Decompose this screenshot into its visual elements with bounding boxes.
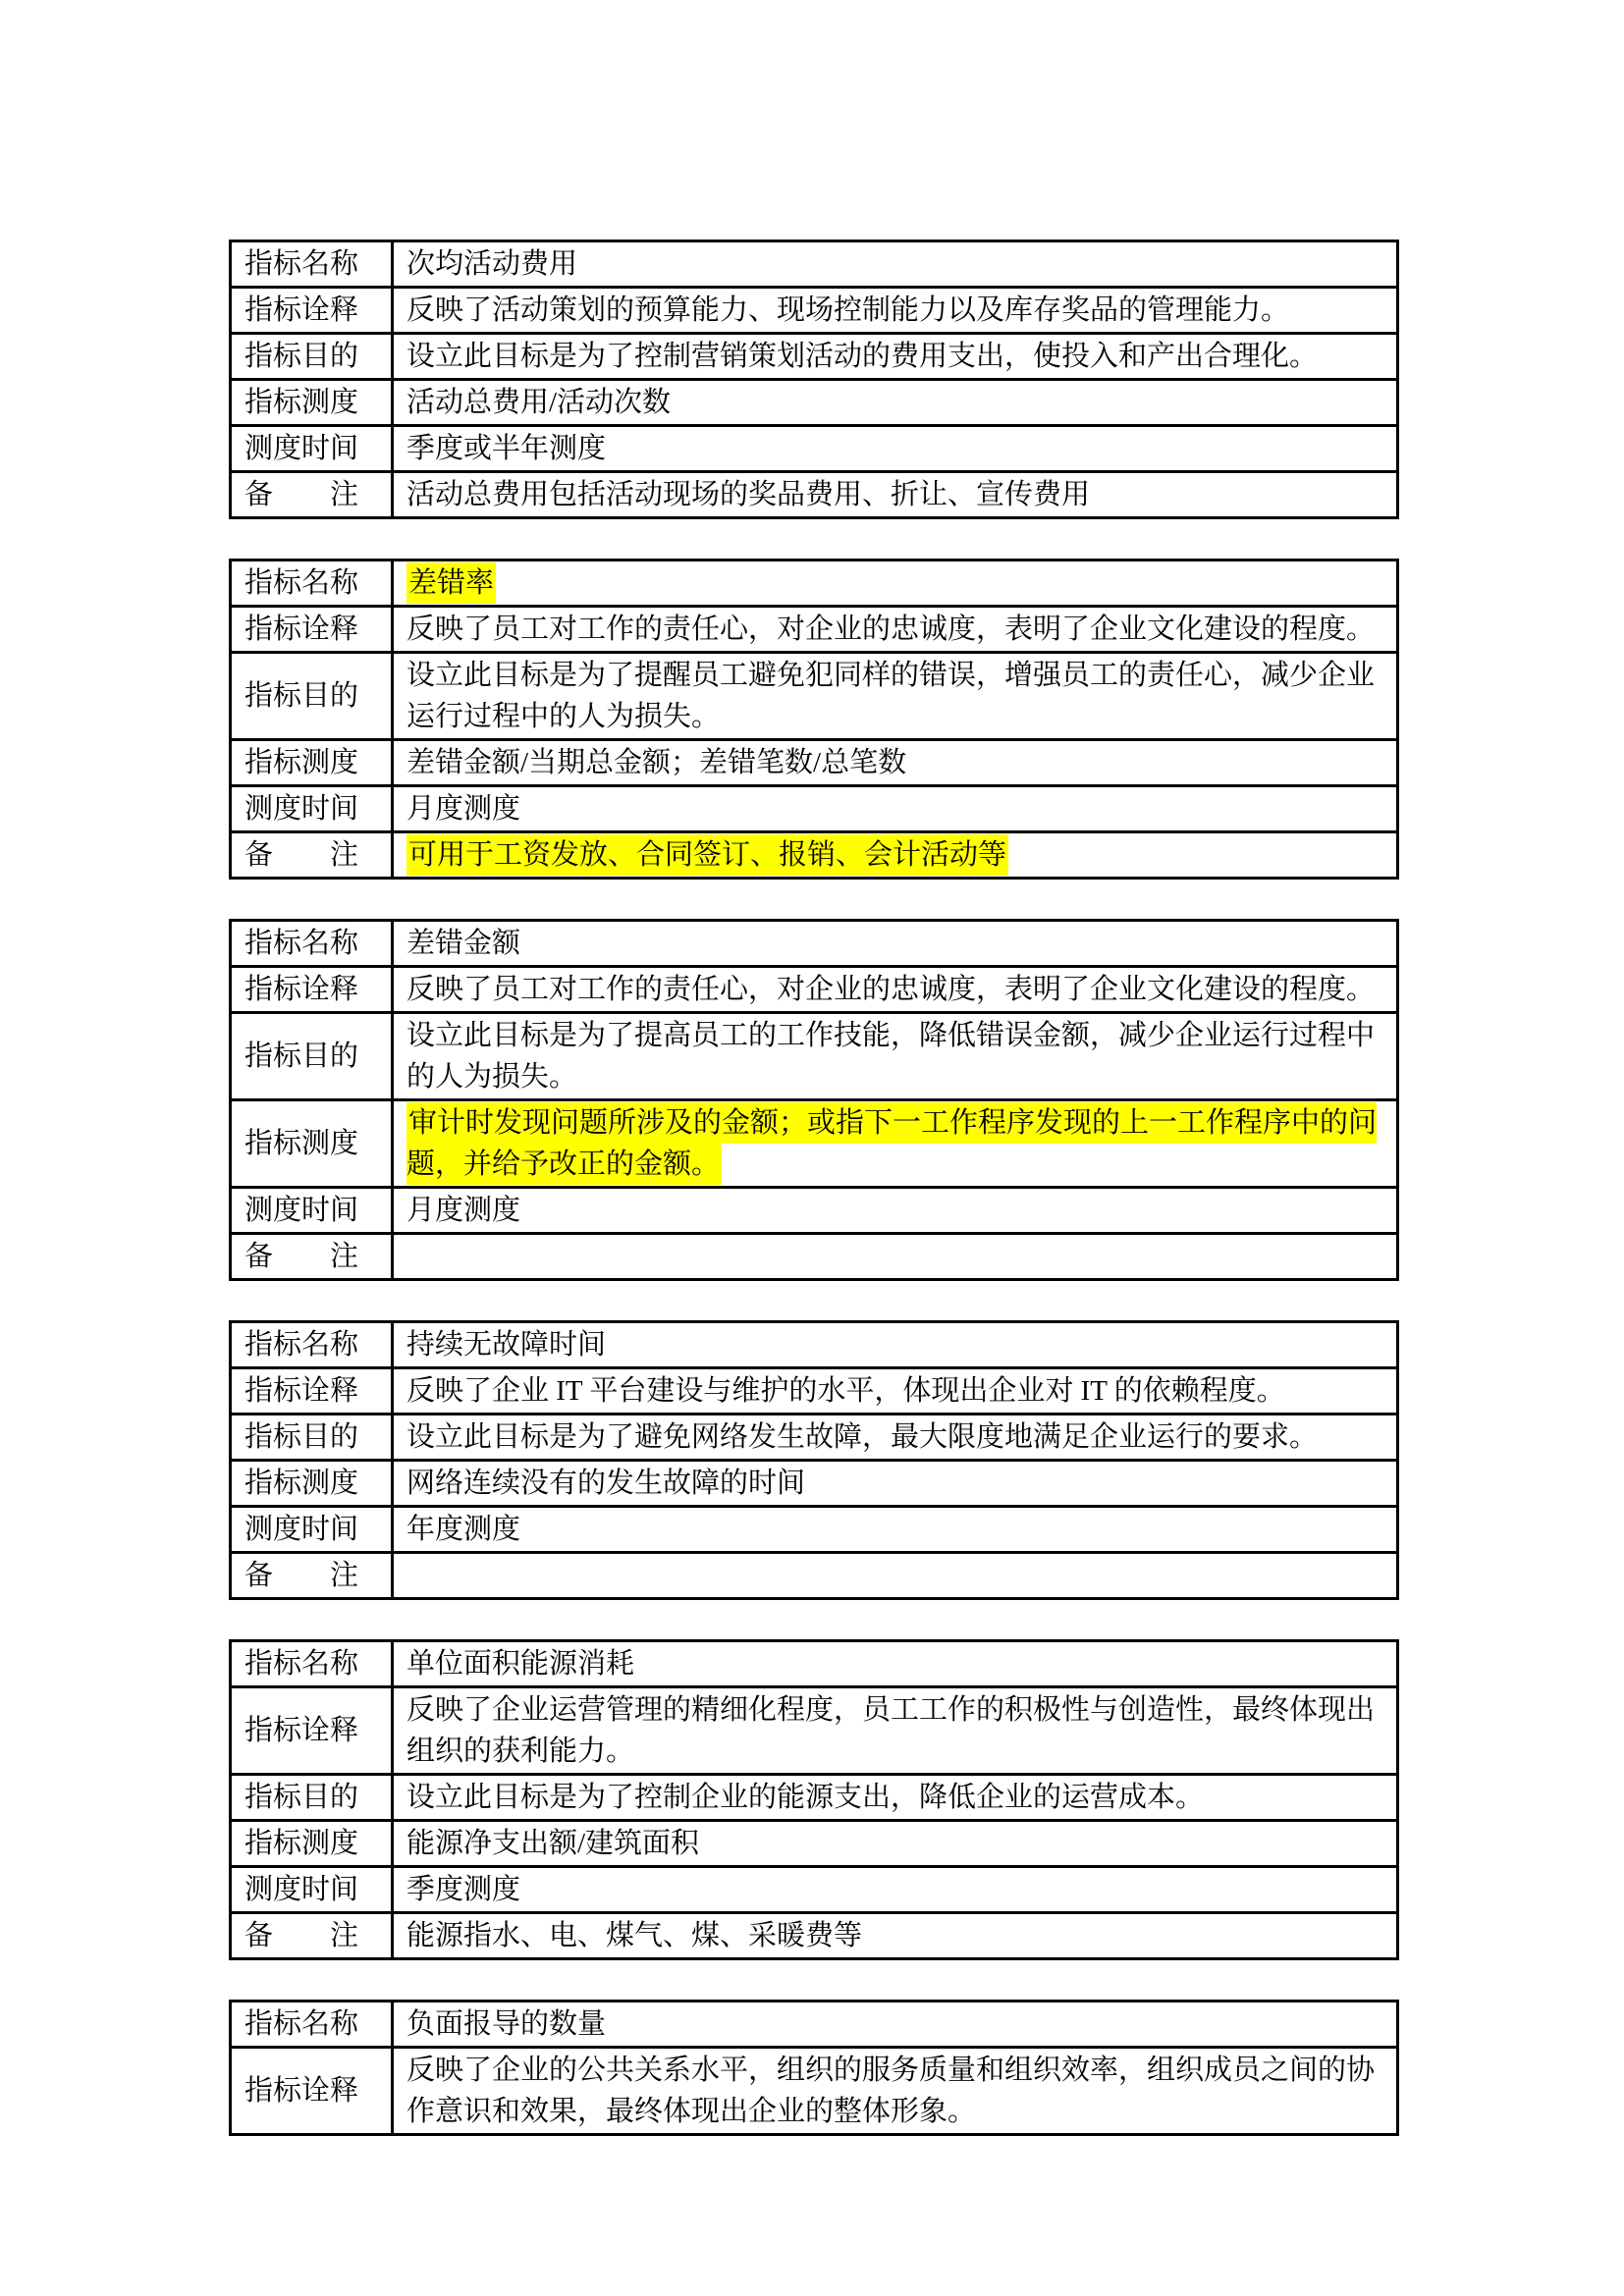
row-label: 指标目的 [231,1013,393,1100]
table-row: 指标测度审计时发现问题所涉及的金额；或指下一工作程序发现的上一工作程序中的问题，… [231,1100,1398,1188]
row-value: 差错金额 [393,921,1398,967]
row-label: 指标名称 [231,1641,393,1687]
table-row: 备 注活动总费用包括活动现场的奖品费用、折让、宣传费用 [231,472,1398,518]
row-label: 测度时间 [231,426,393,472]
table-row: 测度时间月度测度 [231,1188,1398,1234]
row-value: 网络连续没有的发生故障的时间 [393,1461,1398,1507]
row-value: 差错金额/当期总金额；差错笔数/总笔数 [393,740,1398,786]
row-value: 能源指水、电、煤气、煤、采暖费等 [393,1913,1398,1959]
table-row: 指标诠释反映了企业运营管理的精细化程度，员工工作的积极性与创造性，最终体现出组织… [231,1687,1398,1775]
row-value: 能源净支出额/建筑面积 [393,1821,1398,1867]
table-row: 指标诠释反映了员工对工作的责任心，对企业的忠诚度，表明了企业文化建设的程度。 [231,607,1398,653]
row-value [393,1553,1398,1599]
table-row: 指标目的设立此目标是为了避免网络发生故障，最大限度地满足企业运行的要求。 [231,1415,1398,1461]
row-value: 季度或半年测度 [393,426,1398,472]
table-row: 指标目的设立此目标是为了控制企业的能源支出，降低企业的运营成本。 [231,1775,1398,1821]
row-value: 单位面积能源消耗 [393,1641,1398,1687]
table-row: 指标测度活动总费用/活动次数 [231,380,1398,426]
row-label: 指标目的 [231,334,393,380]
row-label: 备 注 [231,1234,393,1280]
row-value: 反映了企业的公共关系水平，组织的服务质量和组织效率，组织成员之间的协作意识和效果… [393,2048,1398,2135]
row-value: 设立此目标是为了避免网络发生故障，最大限度地满足企业运行的要求。 [393,1415,1398,1461]
highlighted-text: 可用于工资发放、合同签订、报销、会计活动等 [406,834,1008,876]
row-label: 测度时间 [231,1867,393,1913]
tables-container: 指标名称次均活动费用指标诠释反映了活动策划的预算能力、现场控制能力以及库存奖品的… [229,240,1399,2175]
row-value: 反映了企业 IT 平台建设与维护的水平，体现出企业对 IT 的依赖程度。 [393,1368,1398,1415]
row-value: 年度测度 [393,1507,1398,1553]
table-row: 测度时间年度测度 [231,1507,1398,1553]
row-value: 设立此目标是为了控制营销策划活动的费用支出，使投入和产出合理化。 [393,334,1398,380]
row-label: 指标测度 [231,740,393,786]
table-row: 备 注能源指水、电、煤气、煤、采暖费等 [231,1913,1398,1959]
indicator-table-1: 指标名称次均活动费用指标诠释反映了活动策划的预算能力、现场控制能力以及库存奖品的… [229,240,1399,519]
table-row: 指标名称差错金额 [231,921,1398,967]
row-value: 设立此目标是为了提高员工的工作技能，降低错误金额，减少企业运行过程中的人为损失。 [393,1013,1398,1100]
row-label: 指标诠释 [231,2048,393,2135]
row-label: 备 注 [231,472,393,518]
table-row: 指标诠释反映了活动策划的预算能力、现场控制能力以及库存奖品的管理能力。 [231,288,1398,334]
row-label: 备 注 [231,832,393,879]
row-label: 测度时间 [231,1188,393,1234]
table-row: 指标目的设立此目标是为了控制营销策划活动的费用支出，使投入和产出合理化。 [231,334,1398,380]
table-row: 指标目的设立此目标是为了提醒员工避免犯同样的错误，增强员工的责任心，减少企业运行… [231,653,1398,740]
row-value: 月度测度 [393,786,1398,832]
table-row: 备 注 [231,1234,1398,1280]
table-row: 指标目的设立此目标是为了提高员工的工作技能，降低错误金额，减少企业运行过程中的人… [231,1013,1398,1100]
row-label: 测度时间 [231,786,393,832]
row-label: 指标目的 [231,1415,393,1461]
table-row: 指标名称单位面积能源消耗 [231,1641,1398,1687]
table-row: 指标测度网络连续没有的发生故障的时间 [231,1461,1398,1507]
row-label: 指标名称 [231,921,393,967]
row-label: 测度时间 [231,1507,393,1553]
row-value: 审计时发现问题所涉及的金额；或指下一工作程序发现的上一工作程序中的问题，并给予改… [393,1100,1398,1188]
row-label: 备 注 [231,1913,393,1959]
row-value: 设立此目标是为了控制企业的能源支出，降低企业的运营成本。 [393,1775,1398,1821]
document-page: 指标名称次均活动费用指标诠释反映了活动策划的预算能力、现场控制能力以及库存奖品的… [0,0,1624,2296]
indicator-table-5: 指标名称单位面积能源消耗指标诠释反映了企业运营管理的精细化程度，员工工作的积极性… [229,1639,1399,1960]
row-value: 设立此目标是为了提醒员工避免犯同样的错误，增强员工的责任心，减少企业运行过程中的… [393,653,1398,740]
row-value: 反映了活动策划的预算能力、现场控制能力以及库存奖品的管理能力。 [393,288,1398,334]
table-row: 指标名称持续无故障时间 [231,1322,1398,1368]
row-label: 指标名称 [231,561,393,607]
row-label: 指标测度 [231,1821,393,1867]
row-label: 指标名称 [231,241,393,288]
row-label: 指标名称 [231,1322,393,1368]
row-value: 可用于工资发放、合同签订、报销、会计活动等 [393,832,1398,879]
row-value [393,1234,1398,1280]
row-value: 反映了员工对工作的责任心，对企业的忠诚度，表明了企业文化建设的程度。 [393,607,1398,653]
row-value: 活动总费用包括活动现场的奖品费用、折让、宣传费用 [393,472,1398,518]
table-row: 指标诠释反映了企业 IT 平台建设与维护的水平，体现出企业对 IT 的依赖程度。 [231,1368,1398,1415]
row-label: 指标测度 [231,1100,393,1188]
table-row: 指标测度能源净支出额/建筑面积 [231,1821,1398,1867]
row-value: 持续无故障时间 [393,1322,1398,1368]
row-label: 指标诠释 [231,607,393,653]
row-value: 活动总费用/活动次数 [393,380,1398,426]
table-row: 指标名称差错率 [231,561,1398,607]
row-value: 反映了企业运营管理的精细化程度，员工工作的积极性与创造性，最终体现出组织的获利能… [393,1687,1398,1775]
row-value: 季度测度 [393,1867,1398,1913]
highlighted-text: 审计时发现问题所涉及的金额；或指下一工作程序发现的上一工作程序中的问题，并给予改… [406,1102,1377,1185]
row-label: 备 注 [231,1553,393,1599]
table-row: 指标名称次均活动费用 [231,241,1398,288]
indicator-table-4: 指标名称持续无故障时间指标诠释反映了企业 IT 平台建设与维护的水平，体现出企业… [229,1320,1399,1600]
row-value: 负面报导的数量 [393,2002,1398,2048]
indicator-table-6: 指标名称负面报导的数量指标诠释反映了企业的公共关系水平，组织的服务质量和组织效率… [229,2000,1399,2136]
highlighted-text: 差错率 [406,562,496,604]
row-label: 指标名称 [231,2002,393,2048]
row-label: 指标诠释 [231,1368,393,1415]
table-row: 指标诠释反映了企业的公共关系水平，组织的服务质量和组织效率，组织成员之间的协作意… [231,2048,1398,2135]
indicator-table-3: 指标名称差错金额指标诠释反映了员工对工作的责任心，对企业的忠诚度，表明了企业文化… [229,919,1399,1281]
row-label: 指标测度 [231,380,393,426]
table-row: 测度时间月度测度 [231,786,1398,832]
row-label: 指标诠释 [231,288,393,334]
indicator-table-2: 指标名称差错率指标诠释反映了员工对工作的责任心，对企业的忠诚度，表明了企业文化建… [229,559,1399,880]
row-label: 指标目的 [231,653,393,740]
row-value: 月度测度 [393,1188,1398,1234]
table-row: 备 注可用于工资发放、合同签订、报销、会计活动等 [231,832,1398,879]
table-row: 测度时间季度测度 [231,1867,1398,1913]
table-row: 指标测度差错金额/当期总金额；差错笔数/总笔数 [231,740,1398,786]
table-row: 备 注 [231,1553,1398,1599]
row-label: 指标诠释 [231,1687,393,1775]
table-row: 指标诠释反映了员工对工作的责任心，对企业的忠诚度，表明了企业文化建设的程度。 [231,967,1398,1013]
row-label: 指标测度 [231,1461,393,1507]
row-label: 指标目的 [231,1775,393,1821]
row-value: 差错率 [393,561,1398,607]
table-row: 测度时间季度或半年测度 [231,426,1398,472]
row-label: 指标诠释 [231,967,393,1013]
row-value: 反映了员工对工作的责任心，对企业的忠诚度，表明了企业文化建设的程度。 [393,967,1398,1013]
row-value: 次均活动费用 [393,241,1398,288]
table-row: 指标名称负面报导的数量 [231,2002,1398,2048]
